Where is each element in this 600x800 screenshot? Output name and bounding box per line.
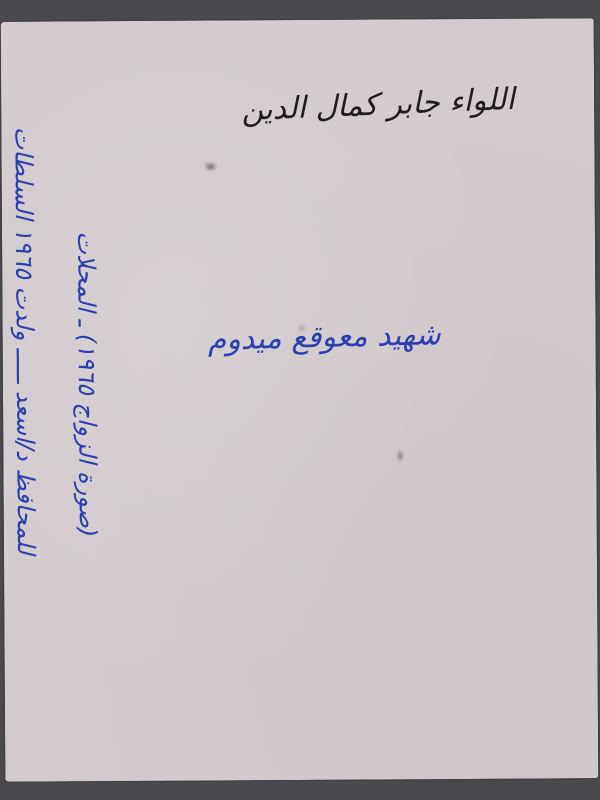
handwritten-name-black: اللواء جابر كمال الدين <box>241 82 516 128</box>
handwritten-note-blue: شهيد معوقع ميدوم <box>207 317 441 357</box>
smudge-mark <box>398 451 402 460</box>
smudge-mark <box>299 325 305 331</box>
handwritten-vertical-note-2: (صورة الزواج ١٩٦٥) ـ المحلات <box>72 231 102 537</box>
smudge-mark <box>206 164 216 170</box>
photo-card-back: اللواء جابر كمال الدين شهيد معوقع ميدوم … <box>1 18 599 782</box>
handwritten-vertical-note-1: للمحافظ د/اسعد ـــــ ولدت ١٩٦٥ السلطات <box>9 127 40 555</box>
